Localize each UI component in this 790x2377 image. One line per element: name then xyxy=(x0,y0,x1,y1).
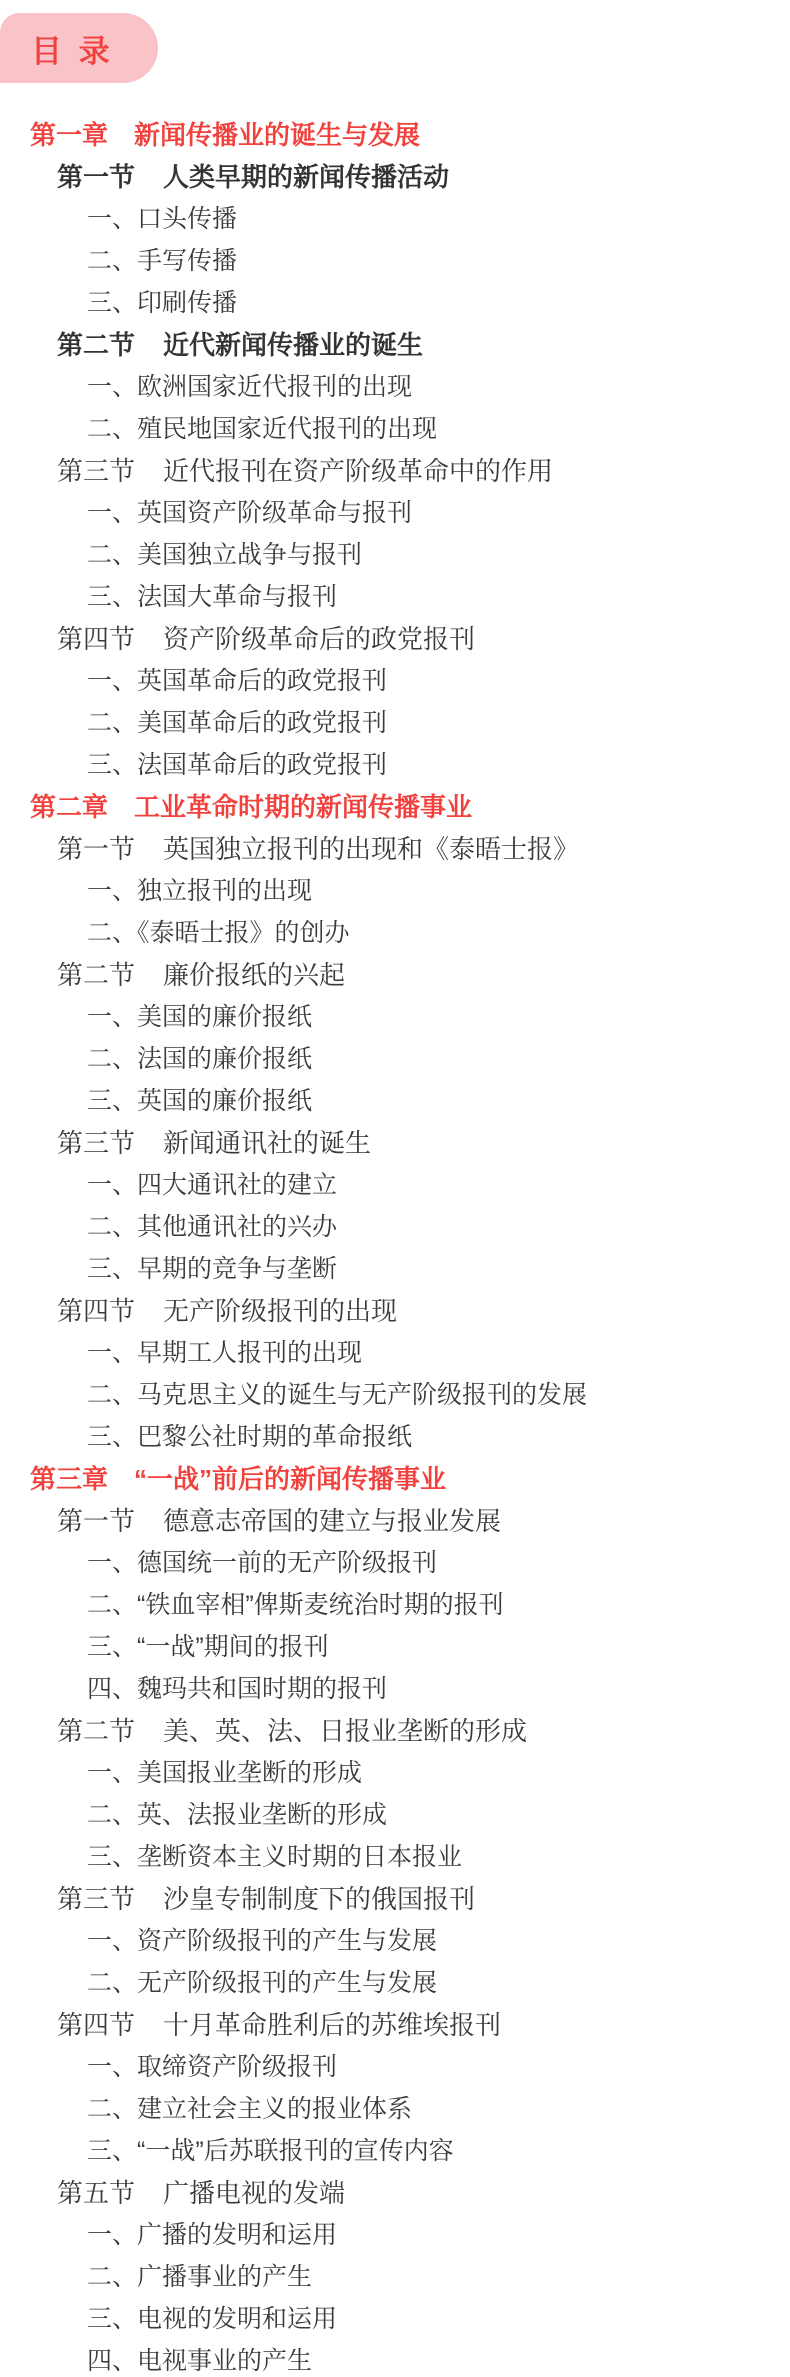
toc-item-text: 三、印刷传播 xyxy=(87,283,237,319)
toc-item-text: 二、“铁血宰相”俾斯麦统治时期的报刊 xyxy=(87,1585,504,1621)
toc-item-text: 一、独立报刊的出现 xyxy=(87,871,312,907)
toc-item-text: 四、魏玛共和国时期的报刊 xyxy=(87,1669,387,1705)
toc-item-text: 一、早期工人报刊的出现 xyxy=(87,1333,362,1369)
toc-item: 二、美国革命后的政党报刊 xyxy=(0,700,790,742)
toc-item-text: 二、其他通讯社的兴办 xyxy=(87,1207,337,1243)
toc-item-text: 二、《泰晤士报》的创办 xyxy=(87,913,350,949)
toc-item-text: 一、英国革命后的政党报刊 xyxy=(87,661,387,697)
toc-item-text: 三、巴黎公社时期的革命报纸 xyxy=(87,1417,412,1453)
toc-item-text: 二、无产阶级报刊的产生与发展 xyxy=(87,1963,437,1999)
toc-list: 第一章新闻传播业的诞生与发展第一节人类早期的新闻传播活动一、口头传播二、手写传播… xyxy=(0,112,790,2377)
toc-item-text: 二、广播事业的产生 xyxy=(87,2257,312,2293)
section-title: 无产阶级报刊的出现 xyxy=(163,1291,397,1328)
section-heading: 第三节近代报刊在资产阶级革命中的作用 xyxy=(0,448,790,490)
toc-item-text: 一、广播的发明和运用 xyxy=(87,2215,337,2251)
section-heading: 第三节新闻通讯社的诞生 xyxy=(0,1120,790,1162)
section-title: 美、英、法、日报业垄断的形成 xyxy=(163,1711,527,1748)
toc-item: 一、英国资产阶级革命与报刊 xyxy=(0,490,790,532)
section-heading: 第四节资产阶级革命后的政党报刊 xyxy=(0,616,790,658)
chapter-number: 第三章 xyxy=(30,1459,108,1496)
toc-item-text: 三、垄断资本主义时期的日本报业 xyxy=(87,1837,462,1873)
section-number: 第五节 xyxy=(57,2173,135,2210)
section-number: 第四节 xyxy=(57,619,135,656)
chapter-heading: 第二章工业革命时期的新闻传播事业 xyxy=(0,784,790,826)
section-heading: 第四节无产阶级报刊的出现 xyxy=(0,1288,790,1330)
toc-item-text: 四、电视事业的产生 xyxy=(87,2341,312,2377)
toc-item-text: 二、法国的廉价报纸 xyxy=(87,1039,312,1075)
toc-item-text: 三、英国的廉价报纸 xyxy=(87,1081,312,1117)
toc-title-badge: 目 录 xyxy=(0,13,158,83)
toc-item-text: 三、电视的发明和运用 xyxy=(87,2299,337,2335)
section-heading: 第一节德意志帝国的建立与报业发展 xyxy=(0,1498,790,1540)
section-number: 第一节 xyxy=(57,829,135,866)
toc-item-text: 一、四大通讯社的建立 xyxy=(87,1165,337,1201)
section-heading: 第一节英国独立报刊的出现和《泰晤士报》 xyxy=(0,826,790,868)
toc-item-text: 一、德国统一前的无产阶级报刊 xyxy=(87,1543,437,1579)
section-heading: 第二节近代新闻传播业的诞生 xyxy=(0,322,790,364)
toc-item-text: 一、美国的廉价报纸 xyxy=(87,997,312,1033)
toc-item: 三、巴黎公社时期的革命报纸 xyxy=(0,1414,790,1456)
toc-item: 二、其他通讯社的兴办 xyxy=(0,1204,790,1246)
chapter-title: 新闻传播业的诞生与发展 xyxy=(134,115,420,152)
chapter-number: 第一章 xyxy=(30,115,108,152)
section-title: 德意志帝国的建立与报业发展 xyxy=(163,1501,501,1538)
chapter-title: “一战”前后的新闻传播事业 xyxy=(134,1459,446,1496)
toc-item: 四、魏玛共和国时期的报刊 xyxy=(0,1666,790,1708)
toc-item: 一、广播的发明和运用 xyxy=(0,2212,790,2254)
section-heading: 第一节人类早期的新闻传播活动 xyxy=(0,154,790,196)
section-number: 第二节 xyxy=(57,325,135,362)
toc-item: 三、英国的廉价报纸 xyxy=(0,1078,790,1120)
toc-item-text: 一、资产阶级报刊的产生与发展 xyxy=(87,1921,437,1957)
section-title: 廉价报纸的兴起 xyxy=(163,955,345,992)
section-heading: 第二节美、英、法、日报业垄断的形成 xyxy=(0,1708,790,1750)
section-title: 近代新闻传播业的诞生 xyxy=(163,325,423,362)
toc-item: 二、殖民地国家近代报刊的出现 xyxy=(0,406,790,448)
section-title: 广播电视的发端 xyxy=(163,2173,345,2210)
toc-item-text: 三、“一战”期间的报刊 xyxy=(87,1627,329,1663)
section-title: 英国独立报刊的出现和《泰晤士报》 xyxy=(163,829,579,866)
chapter-number: 第二章 xyxy=(30,787,108,824)
toc-item: 二、无产阶级报刊的产生与发展 xyxy=(0,1960,790,2002)
section-title: 沙皇专制制度下的俄国报刊 xyxy=(163,1879,475,1916)
toc-item: 一、独立报刊的出现 xyxy=(0,868,790,910)
toc-title: 目 录 xyxy=(31,26,114,71)
toc-item: 二、马克思主义的诞生与无产阶级报刊的发展 xyxy=(0,1372,790,1414)
toc-item-text: 二、美国革命后的政党报刊 xyxy=(87,703,387,739)
toc-item: 二、建立社会主义的报业体系 xyxy=(0,2086,790,2128)
section-title: 十月革命胜利后的苏维埃报刊 xyxy=(163,2005,501,2042)
toc-item: 一、早期工人报刊的出现 xyxy=(0,1330,790,1372)
chapter-heading: 第三章“一战”前后的新闻传播事业 xyxy=(0,1456,790,1498)
toc-item: 一、英国革命后的政党报刊 xyxy=(0,658,790,700)
toc-item: 二、《泰晤士报》的创办 xyxy=(0,910,790,952)
toc-item-text: 一、美国报业垄断的形成 xyxy=(87,1753,362,1789)
toc-item: 一、取缔资产阶级报刊 xyxy=(0,2044,790,2086)
toc-item-text: 二、马克思主义的诞生与无产阶级报刊的发展 xyxy=(87,1375,587,1411)
toc-item: 二、“铁血宰相”俾斯麦统治时期的报刊 xyxy=(0,1582,790,1624)
toc-item-text: 二、建立社会主义的报业体系 xyxy=(87,2089,412,2125)
section-number: 第二节 xyxy=(57,955,135,992)
toc-item: 三、法国革命后的政党报刊 xyxy=(0,742,790,784)
toc-item: 三、法国大革命与报刊 xyxy=(0,574,790,616)
toc-item-text: 一、英国资产阶级革命与报刊 xyxy=(87,493,412,529)
section-heading: 第三节沙皇专制制度下的俄国报刊 xyxy=(0,1876,790,1918)
toc-item: 二、英、法报业垄断的形成 xyxy=(0,1792,790,1834)
section-number: 第一节 xyxy=(57,157,135,194)
section-title: 人类早期的新闻传播活动 xyxy=(163,157,449,194)
section-title: 资产阶级革命后的政党报刊 xyxy=(163,619,475,656)
toc-item-text: 三、早期的竞争与垄断 xyxy=(87,1249,337,1285)
toc-page: 目 录 第一章新闻传播业的诞生与发展第一节人类早期的新闻传播活动一、口头传播二、… xyxy=(0,0,790,2377)
toc-item: 一、四大通讯社的建立 xyxy=(0,1162,790,1204)
section-number: 第一节 xyxy=(57,1501,135,1538)
toc-item-text: 二、手写传播 xyxy=(87,241,237,277)
toc-item: 三、“一战”期间的报刊 xyxy=(0,1624,790,1666)
toc-item: 一、德国统一前的无产阶级报刊 xyxy=(0,1540,790,1582)
chapter-heading: 第一章新闻传播业的诞生与发展 xyxy=(0,112,790,154)
toc-item-text: 一、取缔资产阶级报刊 xyxy=(87,2047,337,2083)
toc-item-text: 一、口头传播 xyxy=(87,199,237,235)
toc-item: 一、口头传播 xyxy=(0,196,790,238)
toc-item-text: 二、美国独立战争与报刊 xyxy=(87,535,362,571)
toc-item: 二、法国的廉价报纸 xyxy=(0,1036,790,1078)
toc-item: 二、美国独立战争与报刊 xyxy=(0,532,790,574)
section-number: 第四节 xyxy=(57,2005,135,2042)
toc-item: 一、美国报业垄断的形成 xyxy=(0,1750,790,1792)
section-number: 第三节 xyxy=(57,1123,135,1160)
chapter-title: 工业革命时期的新闻传播事业 xyxy=(134,787,472,824)
section-heading: 第五节广播电视的发端 xyxy=(0,2170,790,2212)
toc-item: 一、欧洲国家近代报刊的出现 xyxy=(0,364,790,406)
toc-item-text: 三、法国革命后的政党报刊 xyxy=(87,745,387,781)
toc-item: 三、垄断资本主义时期的日本报业 xyxy=(0,1834,790,1876)
toc-item: 三、电视的发明和运用 xyxy=(0,2296,790,2338)
toc-item: 二、广播事业的产生 xyxy=(0,2254,790,2296)
toc-item: 一、资产阶级报刊的产生与发展 xyxy=(0,1918,790,1960)
toc-item: 一、美国的廉价报纸 xyxy=(0,994,790,1036)
toc-item: 三、“一战”后苏联报刊的宣传内容 xyxy=(0,2128,790,2170)
toc-item-text: 一、欧洲国家近代报刊的出现 xyxy=(87,367,412,403)
toc-item: 四、电视事业的产生 xyxy=(0,2338,790,2377)
section-number: 第二节 xyxy=(57,1711,135,1748)
toc-item: 二、手写传播 xyxy=(0,238,790,280)
section-number: 第三节 xyxy=(57,1879,135,1916)
section-number: 第四节 xyxy=(57,1291,135,1328)
section-heading: 第四节十月革命胜利后的苏维埃报刊 xyxy=(0,2002,790,2044)
toc-item: 三、印刷传播 xyxy=(0,280,790,322)
section-title: 新闻通讯社的诞生 xyxy=(163,1123,371,1160)
toc-item-text: 二、英、法报业垄断的形成 xyxy=(87,1795,387,1831)
section-title: 近代报刊在资产阶级革命中的作用 xyxy=(163,451,553,488)
section-heading: 第二节廉价报纸的兴起 xyxy=(0,952,790,994)
toc-item: 三、早期的竞争与垄断 xyxy=(0,1246,790,1288)
toc-item-text: 二、殖民地国家近代报刊的出现 xyxy=(87,409,437,445)
toc-item-text: 三、法国大革命与报刊 xyxy=(87,577,337,613)
toc-item-text: 三、“一战”后苏联报刊的宣传内容 xyxy=(87,2131,454,2167)
section-number: 第三节 xyxy=(57,451,135,488)
